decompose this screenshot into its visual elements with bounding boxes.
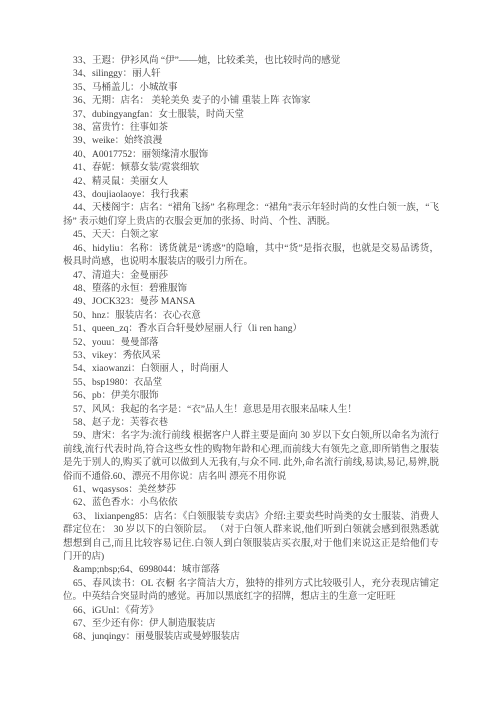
list-entry: 68、junqingy：丽曼服装店或曼婷服装店 [63, 631, 439, 644]
list-entry: 37、dubingyangfan：女士服装，时尚天堂 [63, 109, 439, 122]
list-entry: 46、hidyliu：名称：诱货就是“诱惑”的隐喻，其中“货”是指衣服，也就是交… [63, 243, 439, 270]
list-entry: 61、wqasysos：美丝梦莎 [63, 484, 439, 497]
list-entry: 50、hnz：服装店名：衣心衣意 [63, 310, 439, 323]
list-entry: 44、天楼阁宇：店名：“裙角飞扬” 名称理念：“裙角”表示年轻时尚的女性白领一族… [63, 202, 439, 229]
list-entry: 36、无期：店名： 美轮美奂 麦子的小铺 重装上阵 衣饰家 [63, 95, 439, 108]
list-entry: 59、唐宋：名字为:流行前线 根据客户人群主要是面向 30 岁以下女白领,所以命… [63, 430, 439, 484]
list-entry: 34、silinggy：丽人轩 [63, 68, 439, 81]
list-entry: 53、vikey：秀依风采 [63, 350, 439, 363]
list-entry: 54、xiaowanzi：白领丽人 ，时尚丽人 [63, 363, 439, 376]
list-entry: 57、风风：我起的名字是：“衣”品人生！意思是用衣服来品味人生！ [63, 404, 439, 417]
list-entry: &amp;nbsp;64、6998044：城市部落 [63, 564, 439, 577]
list-entry: 40、A0017752：丽领缘清水服饰 [63, 149, 439, 162]
list-entry: 41、春妮：倾慕女装/霓裳细软 [63, 162, 439, 175]
list-entry: 67、至少还有你：伊人制造服装店 [63, 618, 439, 631]
document-page: 33、王遐：伊衫风尚 “伊”——她，比较柔美，也比较时尚的感觉34、siling… [0, 0, 500, 707]
list-entry: 62、蓝色香水：小鸟依依 [63, 497, 439, 510]
entries-container: 33、王遐：伊衫风尚 “伊”——她，比较柔美，也比较时尚的感觉34、siling… [63, 55, 439, 645]
list-entry: 66、iGUnl：《荷芳》 [63, 605, 439, 618]
list-entry: 52、youu：曼曼部落 [63, 337, 439, 350]
list-entry: 42、精灵鼠：美丽女人 [63, 176, 439, 189]
list-entry: 48、堕落的永恒：碧雅服饰 [63, 283, 439, 296]
list-entry: 65、春风读书：OL 衣橱 名字简洁大方，独特的排列方式比较吸引人，充分表现店铺… [63, 578, 439, 605]
list-entry: 49、JOCK323：曼莎 MANSA [63, 296, 439, 309]
list-entry: 43、doujiaolaoye：我行我素 [63, 189, 439, 202]
list-entry: 45、天天：白领之家 [63, 229, 439, 242]
list-entry: 51、queen_zq：香水百合轩曼妙屋丽人行（li ren hang） [63, 323, 439, 336]
list-entry: 63、 lixianpeng85：店名：《白领服装专卖店》介绍:主要卖些时尚类的… [63, 511, 439, 565]
list-entry: 35、马桶盖儿：小城故事 [63, 82, 439, 95]
list-entry: 39、weike：始终浪漫 [63, 135, 439, 148]
list-entry: 58、赵子龙：芙蓉衣巷 [63, 417, 439, 430]
list-entry: 38、富贵竹：往事如茶 [63, 122, 439, 135]
list-entry: 56、pb：伊美尔服饰 [63, 390, 439, 403]
list-entry: 47、清道夫：金曼丽莎 [63, 270, 439, 283]
list-entry: 55、bsp1980：衣品堂 [63, 377, 439, 390]
list-entry: 33、王遐：伊衫风尚 “伊”——她，比较柔美，也比较时尚的感觉 [63, 55, 439, 68]
